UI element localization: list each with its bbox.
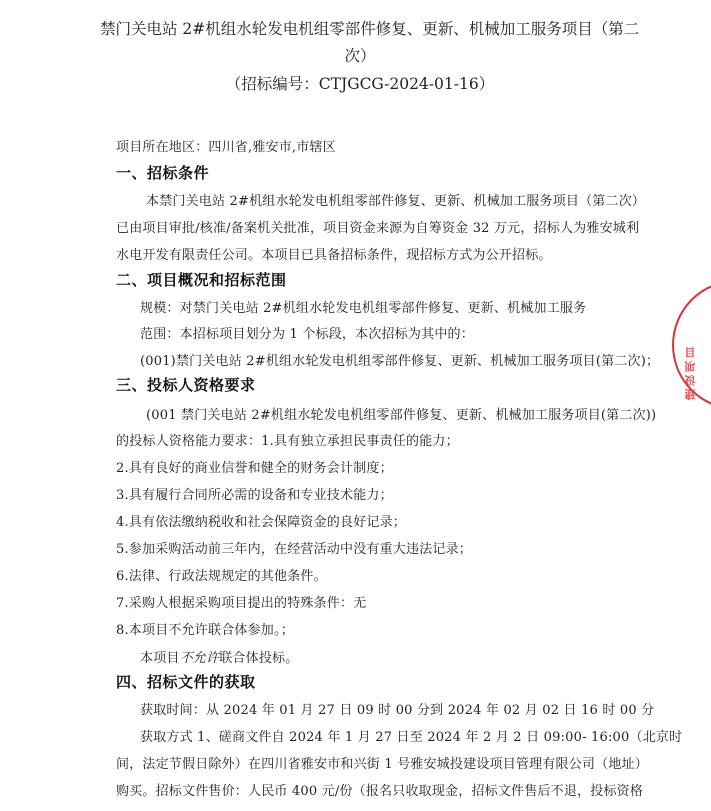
qualification-item-8: 8.本项目不允许联合体参加。；: [116, 619, 294, 638]
section2-line3: (001)禁门关电站 2#机组水轮发电机组零部件修复、更新、机械加工服务项目(第…: [140, 350, 659, 369]
section-heading-1: 一、招标条件: [116, 162, 209, 183]
document-page: 禁门关电站 2#机组水轮发电机组零部件修复、更新、机械加工服务项目（第二 次） …: [0, 0, 711, 811]
qualification-item-2: 2.具有良好的商业信誉和健全的财务会计制度；: [116, 457, 393, 476]
qualification-item-4: 4.具有依法缴纳税收和社会保障资金的良好记录；: [116, 511, 406, 530]
consortium-prefix: 本项目: [140, 651, 180, 666]
tender-number: （招标编号：CTJGCG-2024-01-16）: [100, 72, 620, 94]
section1-line2: 已由项目审批/核准/备案机关批准，项目资金来源为自筹资金 32 万元，招标人为雅…: [116, 217, 639, 236]
section4-line4: 购买。招标文件售价：人民币 400 元/份（报名只收取现金，招标文件售后不退，投…: [116, 780, 643, 799]
consortium-statement: 本项目不允许联合体投标。: [140, 647, 298, 666]
section4-line3: 间，法定节假日除外）在四川省雅安市和兴街 1 号雅安城投建设项目管理有限公司（地…: [116, 753, 648, 772]
document-title-line1: 禁门关电站 2#机组水轮发电机组零部件修复、更新、机械加工服务项目（第二: [100, 17, 620, 39]
section2-line2: 范围：本招标项目划分为 1 个标段，本次招标为其中的：: [140, 323, 474, 342]
consortium-emphasis: 不允许: [180, 651, 220, 666]
section4-line1: 获取时间：从 2024 年 01 月 27 日 09 时 00 分到 2024 …: [140, 699, 654, 718]
qualification-item-7: 7.采购人根据采购项目提出的特殊条件：无: [116, 592, 366, 611]
consortium-suffix: 联合体投标。: [219, 651, 298, 666]
section1-line3: 水电开发有限责任公司。本项目已具备招标条件，现招标方式为公开招标。: [116, 244, 552, 263]
document-title-line2: 次）: [100, 44, 620, 66]
section-heading-2: 二、项目概况和招标范围: [116, 269, 287, 290]
section3-line1: (001 禁门关电站 2#机组水轮发电机组零部件修复、更新、机械加工服务项目(第…: [146, 404, 656, 423]
section1-line1: 本禁门关电站 2#机组水轮发电机组零部件修复、更新、机械加工服务项目（第二次）: [146, 190, 645, 209]
qualification-item-5: 5.参加采购活动前三年内，在经营活动中没有重大违法记录；: [116, 538, 472, 557]
section-heading-4: 四、招标文件的获取: [116, 671, 256, 692]
section2-line1: 规模：对禁门关电站 2#机组水轮发电机组零部件修复、更新、机械加工服务: [140, 297, 586, 316]
qualification-item-3: 3.具有履行合同所必需的设备和专业技术能力；: [116, 484, 393, 503]
section-heading-3: 三、投标人资格要求: [116, 374, 256, 395]
section3-line2: 的投标人资格能力要求：1.具有独立承担民事责任的能力；: [116, 430, 459, 449]
section4-line2: 获取方式 1、磋商文件自 2024 年 1 月 27 日至 2024 年 2 月…: [140, 726, 682, 745]
qualification-item-6: 6.法律、行政法规规定的其他条件。: [116, 565, 327, 584]
red-seal-stamp-text: 建设项目: [683, 290, 711, 400]
project-region: 项目所在地区：四川省,雅安市,市辖区: [116, 136, 336, 155]
